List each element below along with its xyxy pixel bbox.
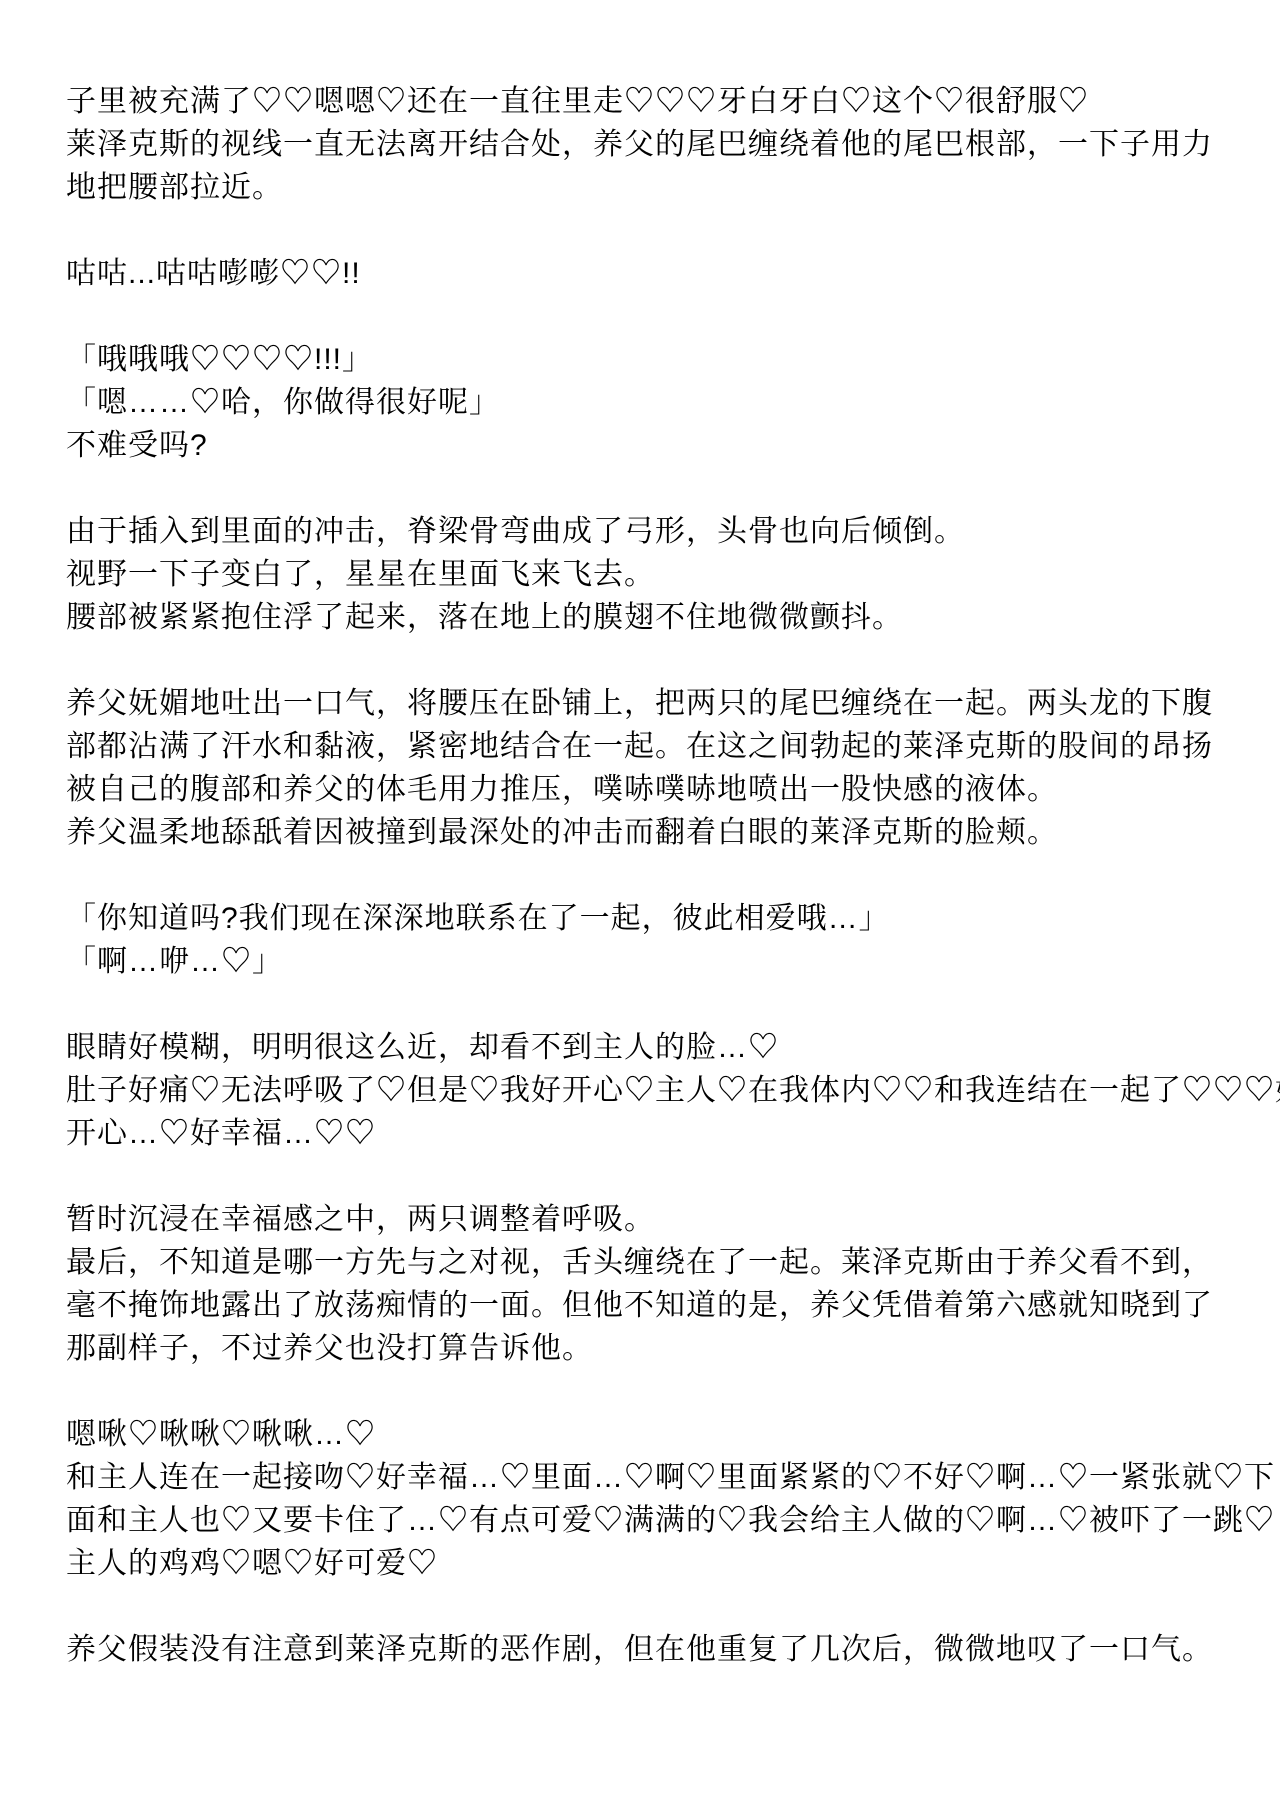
text-line: 开心…♡好幸福…♡♡	[66, 1112, 1220, 1155]
text-line: 被自己的腹部和养父的体毛用力推压，噗哧噗哧地喷出一股快感的液体。	[66, 768, 1220, 811]
text-line: 肚子好痛♡无法呼吸了♡但是♡我好开心♡主人♡在我体内♡♡和我连结在一起了♡♡♡好	[66, 1069, 1220, 1112]
text-line: 和主人连在一起接吻♡好幸福…♡里面…♡啊♡里面紧紧的♡不好♡啊…♡一紧张就♡下	[66, 1456, 1220, 1499]
text-line: 视野一下子变白了，星星在里面飞来飞去。	[66, 553, 1220, 596]
paragraph: 嗯啾♡啾啾♡啾啾…♡和主人连在一起接吻♡好幸福…♡里面…♡啊♡里面紧紧的♡不好♡…	[66, 1413, 1220, 1585]
text-line: 「你知道吗?我们现在深深地联系在了一起，彼此相爱哦…」	[66, 897, 1220, 940]
text-line: 部都沾满了汗水和黏液，紧密地结合在一起。在这之间勃起的莱泽克斯的股间的昂扬	[66, 725, 1220, 768]
text-line: 暂时沉浸在幸福感之中，两只调整着呼吸。	[66, 1198, 1220, 1241]
text-line: 嗯啾♡啾啾♡啾啾…♡	[66, 1413, 1220, 1456]
document-page: 子里被充满了♡♡嗯嗯♡还在一直往里走♡♡♡牙白牙白♡这个♡很舒服♡莱泽克斯的视线…	[0, 0, 1280, 1810]
text-line: 不难受吗?	[66, 424, 1220, 467]
paragraph: 咕咕...咕咕嘭嘭♡♡!!	[66, 252, 1220, 295]
text-line: 面和主人也♡又要卡住了…♡有点可爱♡满满的♡我会给主人做的♡啊…♡被吓了一跳♡	[66, 1499, 1220, 1542]
text-line: 养父假装没有注意到莱泽克斯的恶作剧，但在他重复了几次后，微微地叹了一口气。	[66, 1628, 1220, 1671]
text-line: 毫不掩饰地露出了放荡痴情的一面。但他不知道的是，养父凭借着第六感就知晓到了	[66, 1284, 1220, 1327]
text-line: 那副样子，不过养父也没打算告诉他。	[66, 1327, 1220, 1370]
paragraph: 「哦哦哦♡♡♡♡!!!」「嗯……♡哈，你做得很好呢」不难受吗?	[66, 338, 1220, 467]
text-line: 腰部被紧紧抱住浮了起来，落在地上的膜翅不住地微微颤抖。	[66, 596, 1220, 639]
text-line: 「嗯……♡哈，你做得很好呢」	[66, 381, 1220, 424]
text-line: 「哦哦哦♡♡♡♡!!!」	[66, 338, 1220, 381]
paragraph: 养父妩媚地吐出一口气，将腰压在卧铺上，把两只的尾巴缠绕在一起。两头龙的下腹部都沾…	[66, 682, 1220, 854]
text-line: 主人的鸡鸡♡嗯♡好可爱♡	[66, 1542, 1220, 1585]
text-line: 咕咕...咕咕嘭嘭♡♡!!	[66, 252, 1220, 295]
text-line: 子里被充满了♡♡嗯嗯♡还在一直往里走♡♡♡牙白牙白♡这个♡很舒服♡	[66, 80, 1220, 123]
text-line: 莱泽克斯的视线一直无法离开结合处，养父的尾巴缠绕着他的尾巴根部，一下子用力	[66, 123, 1220, 166]
paragraph: 子里被充满了♡♡嗯嗯♡还在一直往里走♡♡♡牙白牙白♡这个♡很舒服♡莱泽克斯的视线…	[66, 80, 1220, 209]
paragraph: 由于插入到里面的冲击，脊梁骨弯曲成了弓形，头骨也向后倾倒。视野一下子变白了，星星…	[66, 510, 1220, 639]
text-line: 「啊…咿…♡」	[66, 940, 1220, 983]
text-line: 养父温柔地舔舐着因被撞到最深处的冲击而翻着白眼的莱泽克斯的脸颊。	[66, 811, 1220, 854]
paragraph: 暂时沉浸在幸福感之中，两只调整着呼吸。最后，不知道是哪一方先与之对视，舌头缠绕在…	[66, 1198, 1220, 1370]
text-line: 地把腰部拉近。	[66, 166, 1220, 209]
paragraph: 「你知道吗?我们现在深深地联系在了一起，彼此相爱哦…」「啊…咿…♡」	[66, 897, 1220, 983]
paragraph: 眼睛好模糊，明明很这么近，却看不到主人的脸…♡肚子好痛♡无法呼吸了♡但是♡我好开…	[66, 1026, 1220, 1155]
text-line: 养父妩媚地吐出一口气，将腰压在卧铺上，把两只的尾巴缠绕在一起。两头龙的下腹	[66, 682, 1220, 725]
text-line: 眼睛好模糊，明明很这么近，却看不到主人的脸…♡	[66, 1026, 1220, 1069]
paragraph: 养父假装没有注意到莱泽克斯的恶作剧，但在他重复了几次后，微微地叹了一口气。	[66, 1628, 1220, 1671]
text-line: 由于插入到里面的冲击，脊梁骨弯曲成了弓形，头骨也向后倾倒。	[66, 510, 1220, 553]
text-line: 最后，不知道是哪一方先与之对视，舌头缠绕在了一起。莱泽克斯由于养父看不到，	[66, 1241, 1220, 1284]
